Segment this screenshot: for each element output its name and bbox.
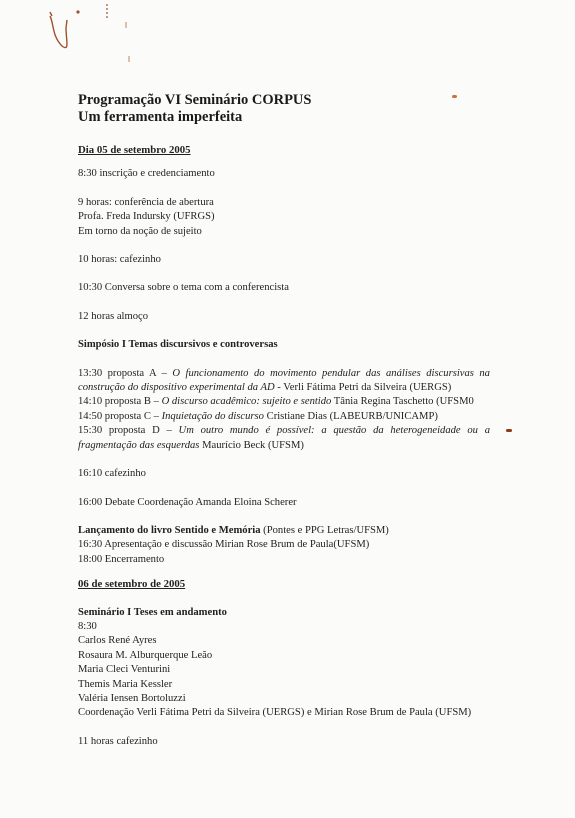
proposal-item: 14:50 proposta C – Inquietação do discur… bbox=[78, 410, 490, 424]
symposium-heading: Simpósio I Temas discursivos e controver… bbox=[78, 338, 490, 352]
proposal-time: 13:30 proposta A – bbox=[78, 368, 172, 379]
proposal-item: 14:10 proposta B – O discurso acadêmico:… bbox=[78, 395, 490, 409]
scanned-page: Programação VI Seminário CORPUS Um ferra… bbox=[0, 0, 575, 818]
schedule-item: 9 horas: conferência de abertura bbox=[78, 196, 490, 210]
participant: Themis Maria Kessler bbox=[78, 678, 490, 692]
proposal-author: Maurício Beck (UFSM) bbox=[199, 440, 303, 451]
document-body: Programação VI Seminário CORPUS Um ferra… bbox=[78, 92, 490, 749]
schedule-item: 10:30 Conversa sobre o tema com a confer… bbox=[78, 281, 490, 295]
title-line-2: Um ferramenta imperfeita bbox=[78, 109, 490, 126]
day2-heading: 06 de setembro de 2005 bbox=[78, 577, 490, 591]
proposal-author: - Verli Fátima Petri da Silveira (UERGS) bbox=[275, 382, 452, 393]
participant: Maria Cleci Venturini bbox=[78, 663, 490, 677]
proposal-title: O discurso acadêmico: sujeito e sentido bbox=[162, 396, 332, 407]
proposal-author: Tânia Regina Taschetto (UFSM0 bbox=[331, 396, 473, 407]
schedule-item: 11 horas cafezinho bbox=[78, 735, 490, 749]
proposal-item: 15:30 proposta D – Um outro mundo é poss… bbox=[78, 424, 490, 453]
participant-list: Carlos René Ayres Rosaura M. Alburquerqu… bbox=[78, 634, 490, 706]
participant: Carlos René Ayres bbox=[78, 634, 490, 648]
schedule-item: 8:30 inscrição e credenciamento bbox=[78, 167, 490, 181]
schedule-item: 16:00 Debate Coordenação Amanda Eloina S… bbox=[78, 496, 490, 510]
title-line-1: Programação VI Seminário CORPUS bbox=[78, 92, 490, 109]
proposal-author: Cristiane Dias (LABEURB/UNICAMP) bbox=[264, 411, 438, 422]
schedule-item: 18:00 Encerramento bbox=[78, 553, 490, 567]
proposal-time: 14:50 proposta C – bbox=[78, 411, 162, 422]
book-launch-title: Lançamento do livro Sentido e Memória bbox=[78, 525, 261, 536]
proposal-time: 15:30 proposta D – bbox=[78, 425, 179, 436]
schedule-item: 10 horas: cafezinho bbox=[78, 253, 490, 267]
seminar-time: 8:30 bbox=[78, 620, 490, 634]
proposal-time: 14:10 proposta B – bbox=[78, 396, 162, 407]
participant: Valéria Iensen Bortoluzzi bbox=[78, 692, 490, 706]
schedule-item: 12 horas almoço bbox=[78, 310, 490, 324]
proposal-item: 13:30 proposta A – O funcionamento do mo… bbox=[78, 367, 490, 396]
schedule-item: 16:30 Apresentação e discussão Mirian Ro… bbox=[78, 538, 490, 552]
seminar-heading: Seminário I Teses em andamento bbox=[78, 606, 490, 620]
day1-heading: Dia 05 de setembro 2005 bbox=[78, 143, 490, 157]
book-launch-publisher: (Pontes e PPG Letras/UFSM) bbox=[261, 525, 389, 536]
participant: Rosaura M. Alburquerque Leão bbox=[78, 649, 490, 663]
book-launch-heading: Lançamento do livro Sentido e Memória (P… bbox=[78, 524, 490, 538]
proposal-title: Inquietação do discurso bbox=[162, 411, 264, 422]
coordination: Coordenação Verli Fátima Petri da Silvei… bbox=[78, 706, 490, 720]
speaker: Profa. Freda Indursky (UFRGS) bbox=[78, 210, 490, 224]
schedule-item: 16:10 cafezinho bbox=[78, 467, 490, 481]
proposal-list: 13:30 proposta A – O funcionamento do mo… bbox=[78, 367, 490, 453]
ink-dot bbox=[506, 429, 512, 432]
talk-title: Em torno da noção de sujeito bbox=[78, 225, 490, 239]
ink-stain-mark bbox=[0, 0, 140, 70]
page-title: Programação VI Seminário CORPUS Um ferra… bbox=[78, 92, 490, 126]
